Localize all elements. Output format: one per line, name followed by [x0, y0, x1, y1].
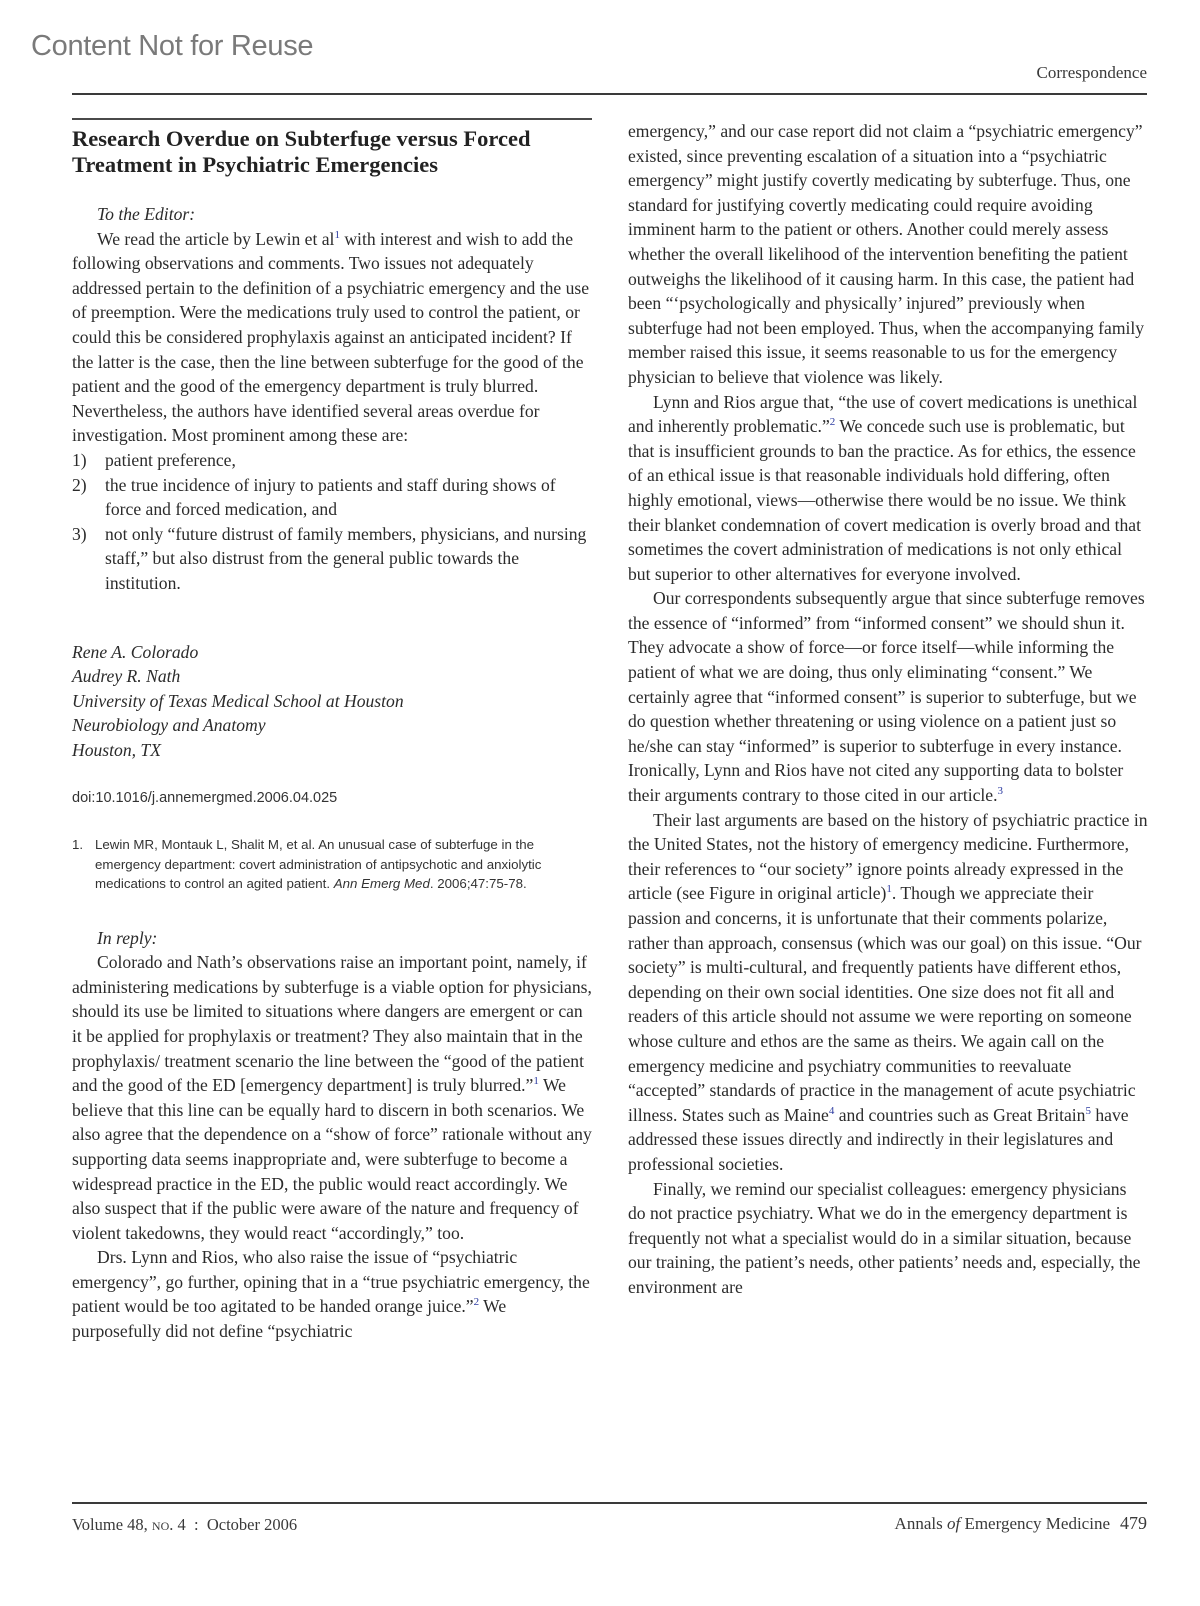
reply-paragraph: Drs. Lynn and Rios, who also raise the i…: [72, 1245, 592, 1343]
list-item: 3)not only “future distrust of family me…: [72, 522, 592, 596]
author-name: Rene A. Colorado: [72, 640, 592, 665]
left-column: Research Overdue on Subterfuge versus Fo…: [72, 118, 592, 1344]
list-text: not only “future distrust of family memb…: [105, 524, 586, 593]
list-number: 3): [72, 522, 87, 547]
text-run: and countries such as Great Britain: [834, 1105, 1085, 1125]
title-rule: [72, 118, 592, 120]
reference-journal: Ann Emerg Med: [334, 876, 430, 891]
letter-paragraph: We read the article by Lewin et al1 with…: [72, 227, 592, 448]
watermark: Content Not for Reuse: [31, 30, 313, 63]
text-run: emergency,” and our case report did not …: [628, 121, 1144, 387]
volume-label: Volume 48,: [72, 1515, 148, 1534]
list-number: 2): [72, 473, 87, 498]
text-run: . Though we appreciate their passion and…: [628, 883, 1142, 1124]
text-run: We concede such use is problematic, but …: [628, 416, 1141, 584]
footer-journal: Annals of Emergency Medicine479: [895, 1513, 1147, 1534]
page-number: 479: [1120, 1513, 1147, 1533]
reply-paragraph: Their last arguments are based on the hi…: [628, 808, 1148, 1177]
salutation: To the Editor:: [72, 202, 592, 227]
journal-name: Annals: [895, 1514, 943, 1533]
list-text: patient preference,: [105, 450, 236, 470]
journal-name: Emergency Medicine: [964, 1514, 1110, 1533]
text-run: We believe that this line can be equally…: [72, 1075, 592, 1243]
text-run: Our correspondents subsequently argue th…: [628, 588, 1145, 805]
issue-number-label: no.: [152, 1515, 173, 1534]
reply-label: In reply:: [72, 926, 592, 951]
text-run: with interest and wish to add the follow…: [72, 229, 589, 446]
reply-paragraph: Finally, we remind our specialist collea…: [628, 1177, 1148, 1300]
reply-paragraph-continued: emergency,” and our case report did not …: [628, 119, 1148, 390]
reference-link[interactable]: 3: [998, 785, 1004, 797]
list-number: 1): [72, 448, 87, 473]
reference-citation: . 2006;47:75-78.: [430, 876, 527, 891]
article-title: Research Overdue on Subterfuge versus Fo…: [72, 126, 592, 178]
doi-link[interactable]: doi:10.1016/j.annemergmed.2006.04.025: [72, 786, 592, 811]
header-rule: [72, 93, 1147, 95]
footer-rule: [72, 1502, 1147, 1504]
section-label: Correspondence: [1037, 63, 1147, 83]
numbered-list: 1)patient preference, 2)the true inciden…: [72, 448, 592, 596]
reference-number: 1.: [72, 835, 83, 855]
author-department: Neurobiology and Anatomy: [72, 713, 592, 738]
footer-volume: Volume 48, no. 4 : October 2006: [72, 1515, 297, 1535]
reference-item: 1.Lewin MR, Montauk L, Shalit M, et al. …: [72, 835, 592, 894]
issue-date: 4 : October 2006: [178, 1515, 298, 1534]
text-run: Colorado and Nath’s observations raise a…: [72, 952, 592, 1095]
author-location: Houston, TX: [72, 738, 592, 763]
journal-name: of: [947, 1514, 960, 1533]
list-item: 2)the true incidence of injury to patien…: [72, 473, 592, 522]
reply-paragraph: Our correspondents subsequently argue th…: [628, 586, 1148, 807]
author-name: Audrey R. Nath: [72, 664, 592, 689]
author-signature: Rene A. Colorado Audrey R. Nath Universi…: [72, 640, 592, 763]
list-item: 1)patient preference,: [72, 448, 592, 473]
right-column: emergency,” and our case report did not …: [628, 119, 1148, 1300]
reply-paragraph: Colorado and Nath’s observations raise a…: [72, 950, 592, 1245]
author-affiliation: University of Texas Medical School at Ho…: [72, 689, 592, 714]
text-run: Drs. Lynn and Rios, who also raise the i…: [72, 1247, 590, 1316]
reference-list: 1.Lewin MR, Montauk L, Shalit M, et al. …: [72, 835, 592, 894]
reply-paragraph: Lynn and Rios argue that, “the use of co…: [628, 390, 1148, 587]
list-text: the true incidence of injury to patients…: [105, 475, 556, 520]
text-run: We read the article by Lewin et al: [97, 229, 334, 249]
